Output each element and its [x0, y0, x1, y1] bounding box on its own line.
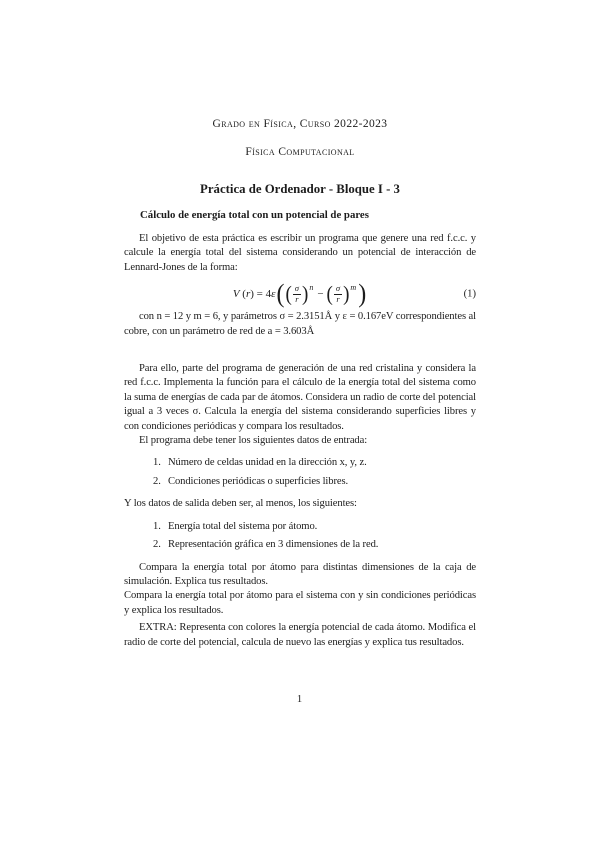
equation-big-close-paren: ) — [358, 281, 366, 308]
list-item-text: Número de celdas unidad en la dirección … — [168, 456, 476, 470]
paragraph-extra: EXTRA: Representa con colores la energía… — [124, 621, 476, 650]
document-page: Grado en Física, Curso 2022-2023 Física … — [0, 0, 599, 848]
paragraph-compare-box: Compara la energía total por átomo para … — [124, 561, 476, 590]
list-item: 1. Número de celdas unidad en la direcci… — [124, 456, 476, 470]
equation-inner-close-paren: ) — [343, 284, 349, 305]
equation-inner-open-paren: ( — [285, 284, 291, 305]
equation-big-open-paren: ( — [276, 281, 284, 308]
fraction-denominator: r — [334, 294, 341, 305]
equation-exponent-m: m — [350, 283, 356, 292]
paragraph-parameters: con n = 12 y m = 6, y parámetros σ = 2.3… — [124, 310, 476, 339]
section-heading: Cálculo de energía total con un potencia… — [124, 208, 476, 223]
paragraph-intro: El objetivo de esta práctica es escribir… — [124, 232, 476, 275]
course-degree-header: Grado en Física, Curso 2022-2023 — [124, 117, 476, 132]
equation-fraction-sigma-r: σ r — [293, 284, 301, 305]
input-list: 1. Número de celdas unidad en la direcci… — [124, 456, 476, 489]
list-item: 2. Condiciones periódicas o superficies … — [124, 475, 476, 489]
equation-minus-sign: − — [317, 288, 323, 300]
list-item-text: Energía total del sistema por átomo. — [168, 520, 476, 534]
list-item: 2. Representación gráfica en 3 dimension… — [124, 538, 476, 552]
course-subject-header: Física Computacional — [124, 145, 476, 160]
list-item: 1. Energía total del sistema por átomo. — [124, 520, 476, 534]
equation-inner-open-paren: ( — [327, 284, 333, 305]
list-item-number: 1. — [153, 520, 168, 534]
document-title: Práctica de Ordenador - Bloque I - 3 — [124, 180, 476, 198]
output-list: 1. Energía total del sistema por átomo. … — [124, 520, 476, 553]
page-number: 1 — [0, 694, 599, 705]
equation-number: (1) — [464, 289, 476, 300]
equation-inner-close-paren: ) — [302, 284, 308, 305]
list-item-text: Representación gráfica en 3 dimensiones … — [168, 538, 476, 552]
equation-equals: ) = 4 — [250, 288, 271, 300]
equation-body: V ( r ) = 4 ε ( ( σ r ) n − ( σ r ) m ) — [233, 282, 367, 306]
list-item-text: Condiciones periódicas o superficies lib… — [168, 475, 476, 489]
paragraph-output-intro: Y los datos de salida deben ser, al meno… — [124, 497, 476, 511]
fraction-denominator: r — [293, 294, 300, 305]
fraction-numerator: σ — [334, 284, 342, 294]
paragraph-input-intro: El programa debe tener los siguientes da… — [124, 434, 476, 448]
equation-exponent-n: n — [309, 283, 313, 292]
equation-symbol-epsilon: ε — [271, 288, 275, 300]
equation-lennard-jones: V ( r ) = 4 ε ( ( σ r ) n − ( σ r ) m ) … — [124, 278, 476, 310]
equation-symbol-V: V — [233, 288, 240, 300]
equation-fraction-sigma-r: σ r — [334, 284, 342, 305]
fraction-numerator: σ — [293, 284, 301, 294]
list-item-number: 2. — [153, 538, 168, 552]
paragraph-task: Para ello, parte del programa de generac… — [124, 362, 476, 434]
paragraph-compare-periodic: Compara la energía total por átomo para … — [124, 589, 476, 618]
list-item-number: 1. — [153, 456, 168, 470]
list-item-number: 2. — [153, 475, 168, 489]
